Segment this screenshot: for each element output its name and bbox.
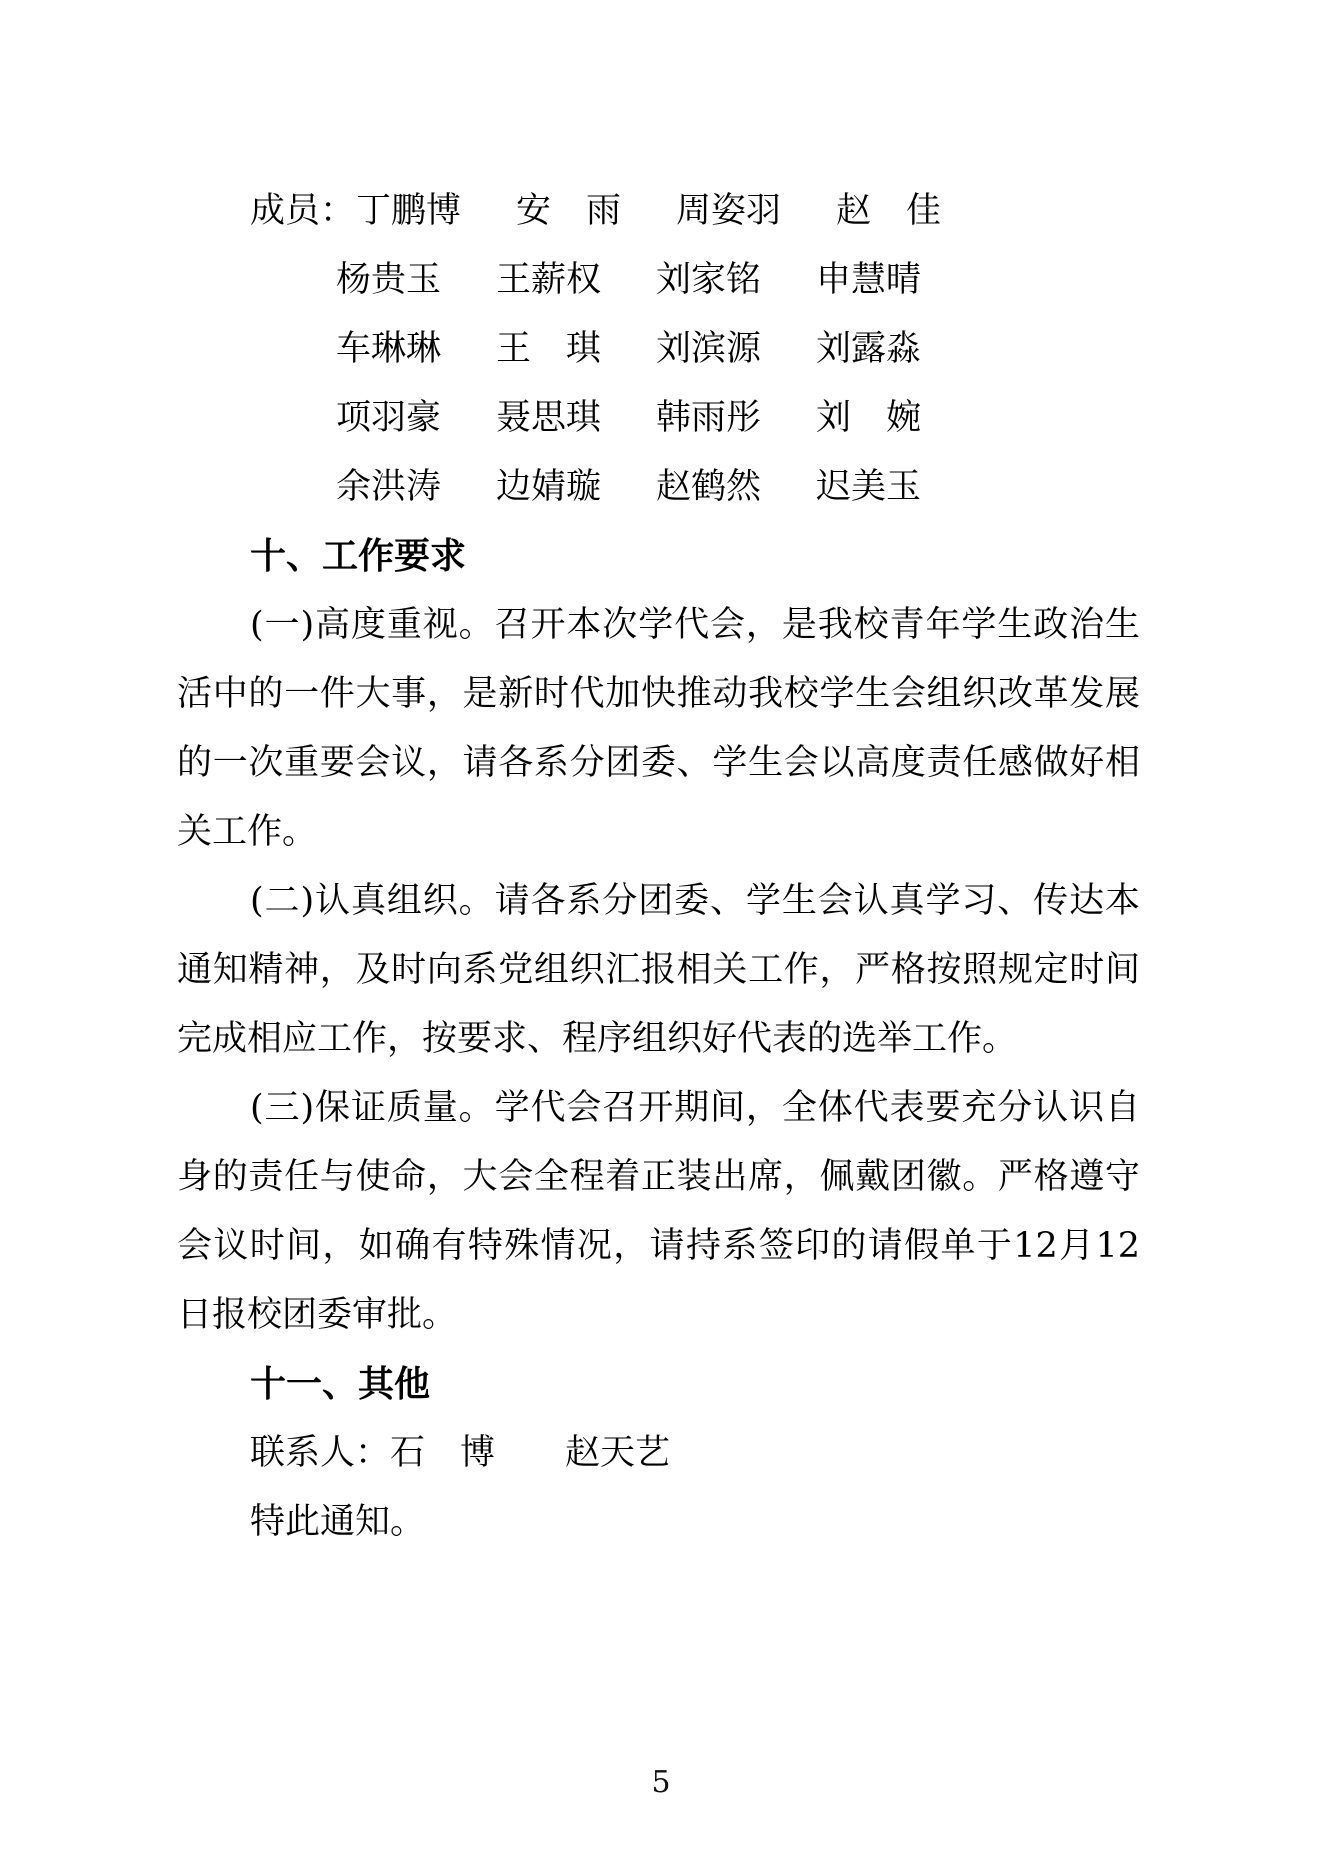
member-name: 项羽豪	[336, 384, 441, 453]
member-name: 周姿羽	[676, 177, 781, 246]
member-name: 刘滨源	[656, 315, 761, 384]
member-name: 车琳琳	[336, 315, 441, 384]
member-name: 韩雨彤	[656, 384, 761, 453]
members-list: 成员： 丁鹏博 安 雨 周姿羽 赵 佳 杨贵玉 王薪权 刘家铭 申慧晴 车琳琳 …	[177, 177, 1140, 522]
member-name: 王 琪	[496, 315, 601, 384]
section-10-paragraph-3: (三)保证质量。学代会召开期间，全体代表要充分认识自身的责任与使命，大会全程着正…	[177, 1074, 1140, 1350]
member-name: 刘 婉	[816, 384, 921, 453]
section-10-paragraph-2: (二)认真组织。请各系分团委、学生会认真学习、传达本通知精神，及时向系党组织汇报…	[177, 867, 1140, 1074]
members-row-5: 余洪涛 边婧璇 赵鹤然 迟美玉	[336, 453, 1140, 522]
member-name: 申慧晴	[816, 246, 921, 315]
member-name: 赵 佳	[836, 177, 941, 246]
notice-line: 特此通知。	[177, 1488, 1140, 1557]
page-number: 5	[0, 1766, 1322, 1800]
member-name: 刘家铭	[656, 246, 761, 315]
section-10-paragraph-1: (一)高度重视。召开本次学代会，是我校青年学生政治生活中的一件大事，是新时代加快…	[177, 591, 1140, 867]
member-name: 丁鹏博	[356, 177, 461, 246]
member-name: 赵鹤然	[656, 453, 761, 522]
member-name: 迟美玉	[816, 453, 921, 522]
member-name: 余洪涛	[336, 453, 441, 522]
member-name: 王薪权	[496, 246, 601, 315]
members-label: 成员：	[250, 177, 356, 246]
document-page: 成员： 丁鹏博 安 雨 周姿羽 赵 佳 杨贵玉 王薪权 刘家铭 申慧晴 车琳琳 …	[0, 0, 1322, 1871]
section-10-heading: 十、工作要求	[250, 522, 1140, 591]
member-name: 安 雨	[516, 177, 621, 246]
member-name: 刘露淼	[816, 315, 921, 384]
member-name: 边婧璇	[496, 453, 601, 522]
members-row-2: 杨贵玉 王薪权 刘家铭 申慧晴	[336, 246, 1140, 315]
members-row-1: 成员： 丁鹏博 安 雨 周姿羽 赵 佳	[250, 177, 1140, 246]
section-11-heading: 十一、其他	[250, 1350, 1140, 1419]
document-content: 成员： 丁鹏博 安 雨 周姿羽 赵 佳 杨贵玉 王薪权 刘家铭 申慧晴 车琳琳 …	[177, 177, 1140, 1557]
member-name: 杨贵玉	[336, 246, 441, 315]
contact-line: 联系人：石 博 赵天艺	[177, 1419, 1140, 1488]
members-row-4: 项羽豪 聂思琪 韩雨彤 刘 婉	[336, 384, 1140, 453]
members-row-3: 车琳琳 王 琪 刘滨源 刘露淼	[336, 315, 1140, 384]
member-name: 聂思琪	[496, 384, 601, 453]
